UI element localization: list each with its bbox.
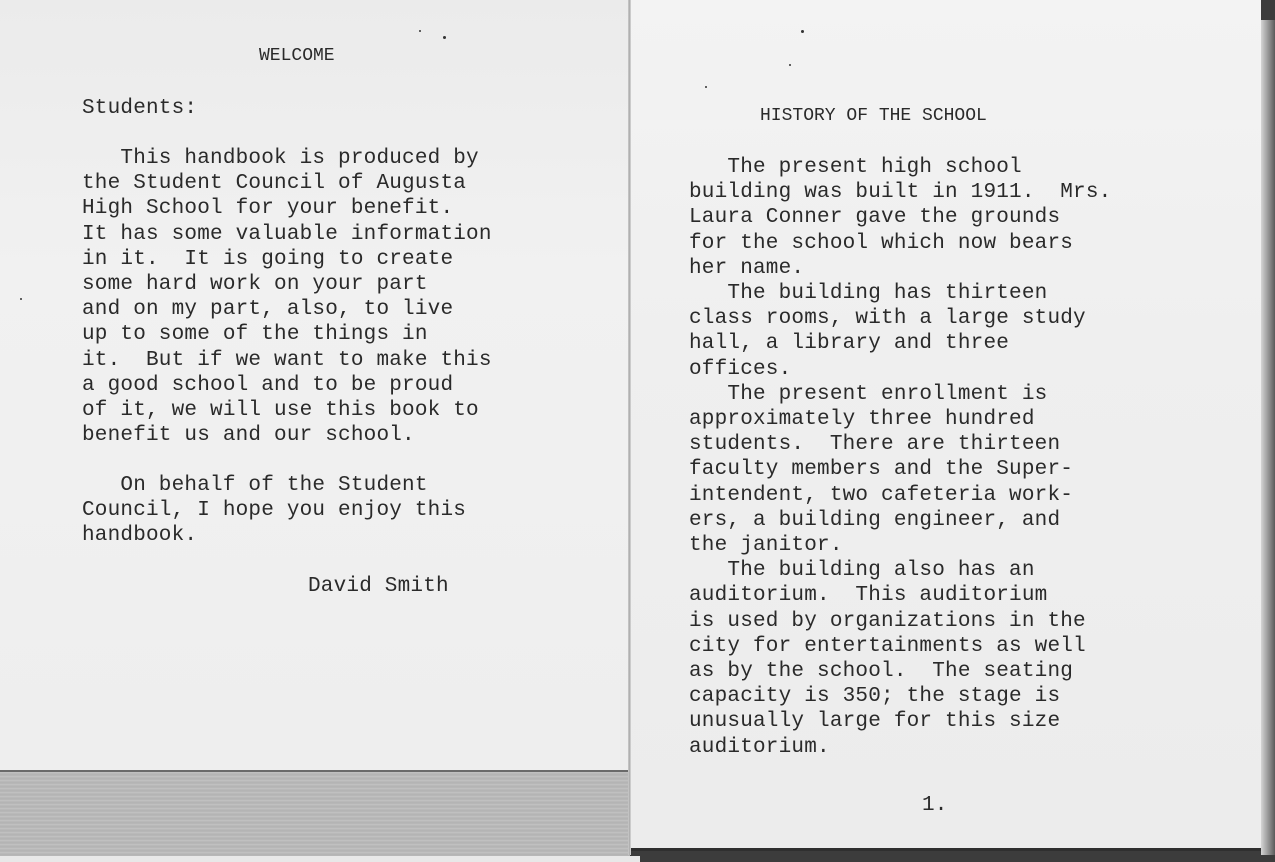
- text-line: approximately three hundred: [689, 407, 1111, 432]
- cover-edge: [0, 856, 640, 862]
- welcome-title: WELCOME: [259, 44, 335, 69]
- text-line: capacity is 350; the stage is: [689, 684, 1111, 709]
- text-line: intendent, two cafeteria work-: [689, 483, 1111, 508]
- text-line: The present enrollment is: [689, 382, 1111, 407]
- text-line: The building also has an: [689, 558, 1111, 583]
- text-line: city for entertainments as well: [689, 634, 1111, 659]
- cover-strip: [0, 770, 630, 860]
- history-body: The present high schoolbuilding was buil…: [689, 155, 1111, 760]
- text-line: handbook.: [82, 523, 466, 548]
- text-line: It has some valuable information: [82, 222, 492, 247]
- text-line: is used by organizations in the: [689, 609, 1111, 634]
- text-line: class rooms, with a large study: [689, 306, 1111, 331]
- right-page: HISTORY OF THE SCHOOL The present high s…: [631, 0, 1261, 851]
- text-line: some hard work on your part: [82, 272, 492, 297]
- text-line: This handbook is produced by: [82, 146, 492, 171]
- text-line: for the school which now bears: [689, 231, 1111, 256]
- text-line: faculty members and the Super-: [689, 457, 1111, 482]
- history-title: HISTORY OF THE SCHOOL: [760, 104, 987, 129]
- text-line: High School for your benefit.: [82, 196, 492, 221]
- text-line: and on my part, also, to live: [82, 297, 492, 322]
- text-line: her name.: [689, 256, 1111, 281]
- text-line: Laura Conner gave the grounds: [689, 205, 1111, 230]
- ink-speck: [789, 64, 791, 66]
- ink-speck: [801, 30, 804, 33]
- ink-speck: [443, 36, 446, 39]
- text-line: the janitor.: [689, 533, 1111, 558]
- text-line: benefit us and our school.: [82, 423, 492, 448]
- salutation: Students:: [82, 96, 197, 121]
- welcome-paragraph-1: This handbook is produced bythe Student …: [82, 146, 492, 448]
- text-line: ers, a building engineer, and: [689, 508, 1111, 533]
- text-line: Council, I hope you enjoy this: [82, 498, 466, 523]
- text-line: On behalf of the Student: [82, 473, 466, 498]
- text-line: auditorium.: [689, 735, 1111, 760]
- text-line: students. There are thirteen: [689, 432, 1111, 457]
- text-line: it. But if we want to make this: [82, 348, 492, 373]
- ink-speck: [705, 86, 707, 88]
- text-line: in it. It is going to create: [82, 247, 492, 272]
- welcome-paragraph-2: On behalf of the StudentCouncil, I hope …: [82, 473, 466, 549]
- text-line: a good school and to be proud: [82, 373, 492, 398]
- text-line: auditorium. This auditorium: [689, 583, 1111, 608]
- text-line: The present high school: [689, 155, 1111, 180]
- handbook-spread: WELCOME Students: This handbook is produ…: [0, 0, 1275, 862]
- text-line: unusually large for this size: [689, 709, 1111, 734]
- text-line: building was built in 1911. Mrs.: [689, 180, 1111, 205]
- ink-speck: [419, 30, 421, 32]
- text-line: hall, a library and three: [689, 331, 1111, 356]
- page-stack-edge: [1261, 20, 1275, 855]
- text-line: as by the school. The seating: [689, 659, 1111, 684]
- page-number: 1.: [922, 793, 948, 818]
- text-line: The building has thirteen: [689, 281, 1111, 306]
- left-page: WELCOME Students: This handbook is produ…: [0, 0, 630, 770]
- text-line: the Student Council of Augusta: [82, 171, 492, 196]
- signature: David Smith: [308, 574, 449, 599]
- text-line: offices.: [689, 357, 1111, 382]
- text-line: of it, we will use this book to: [82, 398, 492, 423]
- text-line: up to some of the things in: [82, 322, 492, 347]
- ink-speck: [20, 298, 22, 300]
